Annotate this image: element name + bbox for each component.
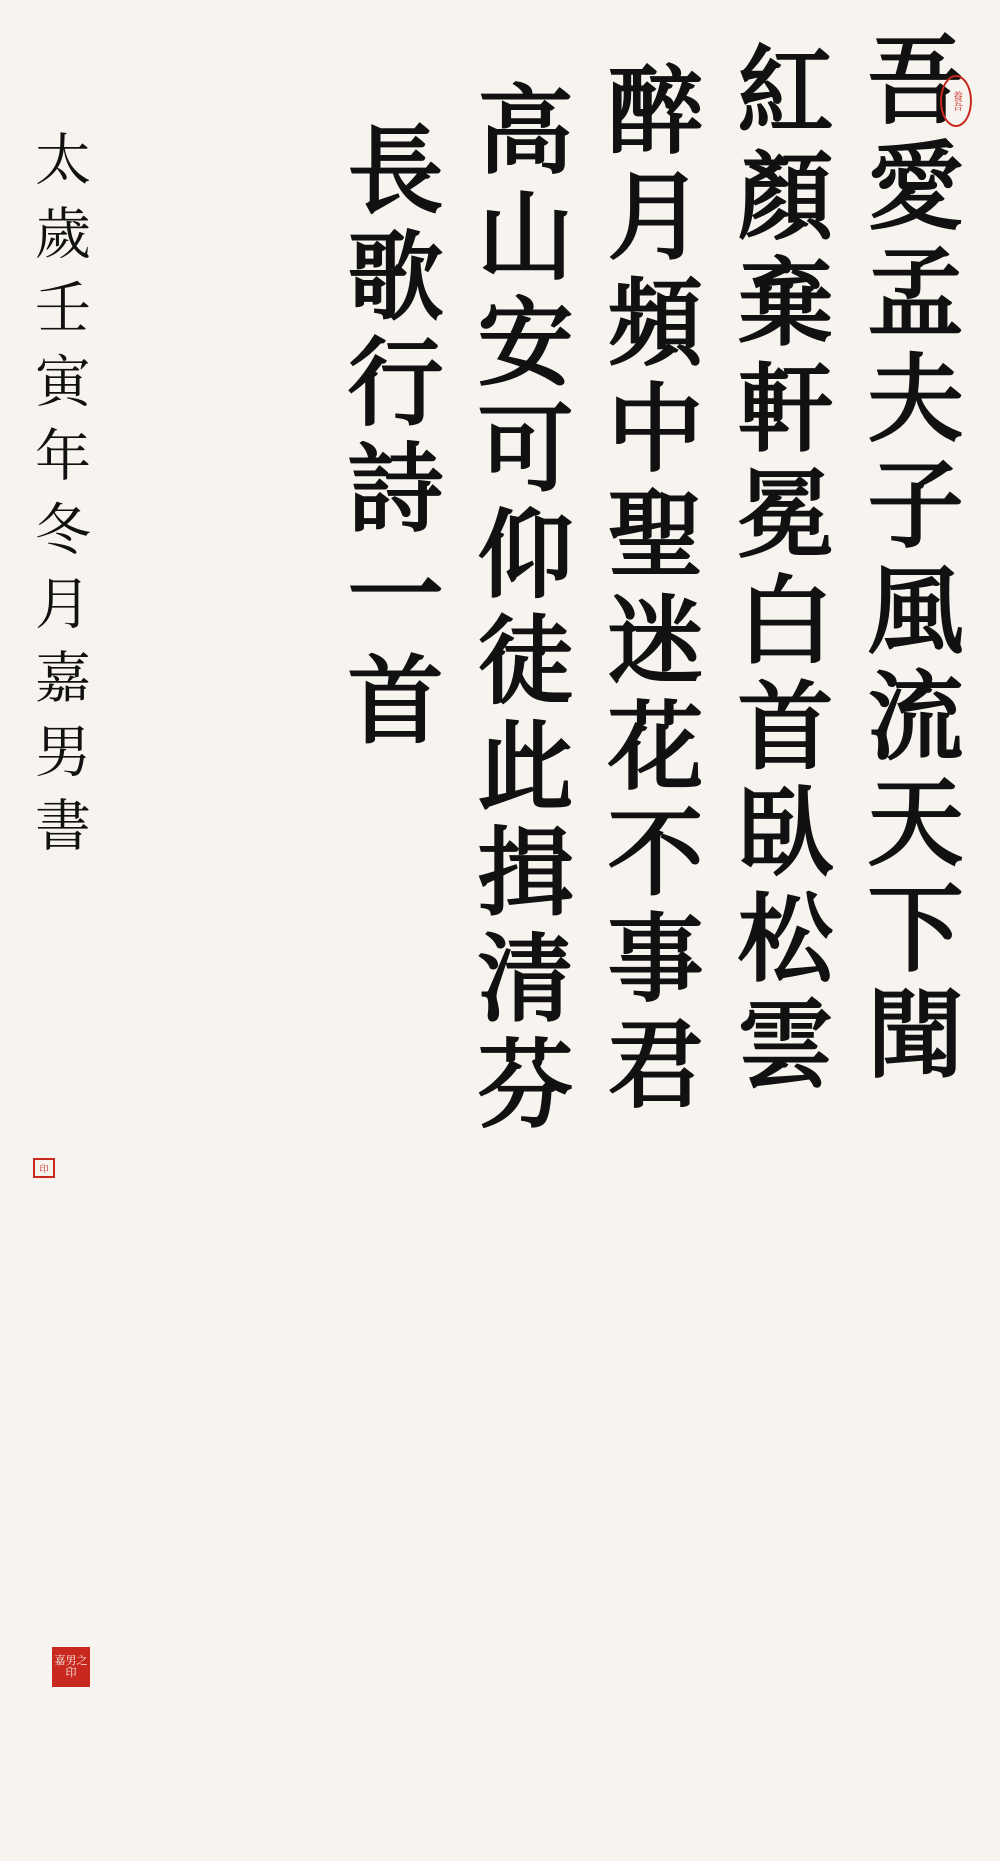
calligraphy-column-1: 吾愛孟夫子風流天下聞 xyxy=(860,30,956,1090)
calligraphy-column-3: 醉月頻中聖迷花不事君 xyxy=(600,60,696,1120)
leading-seal: 養吾 xyxy=(940,75,972,127)
calligraphy-column-5: 長歌行詩一首 xyxy=(340,120,436,756)
calligraphy-column-2: 紅顏棄軒冕白首臥松雲 xyxy=(730,40,826,1100)
calligraphy-column-4: 高山安可仰徒此揖清芬 xyxy=(470,80,566,1140)
name-seal: 嘉男之印 xyxy=(52,1647,90,1687)
signature-inscription: 太歲壬寅年冬月嘉男書 xyxy=(30,130,86,870)
small-seal: 印 xyxy=(33,1158,55,1178)
